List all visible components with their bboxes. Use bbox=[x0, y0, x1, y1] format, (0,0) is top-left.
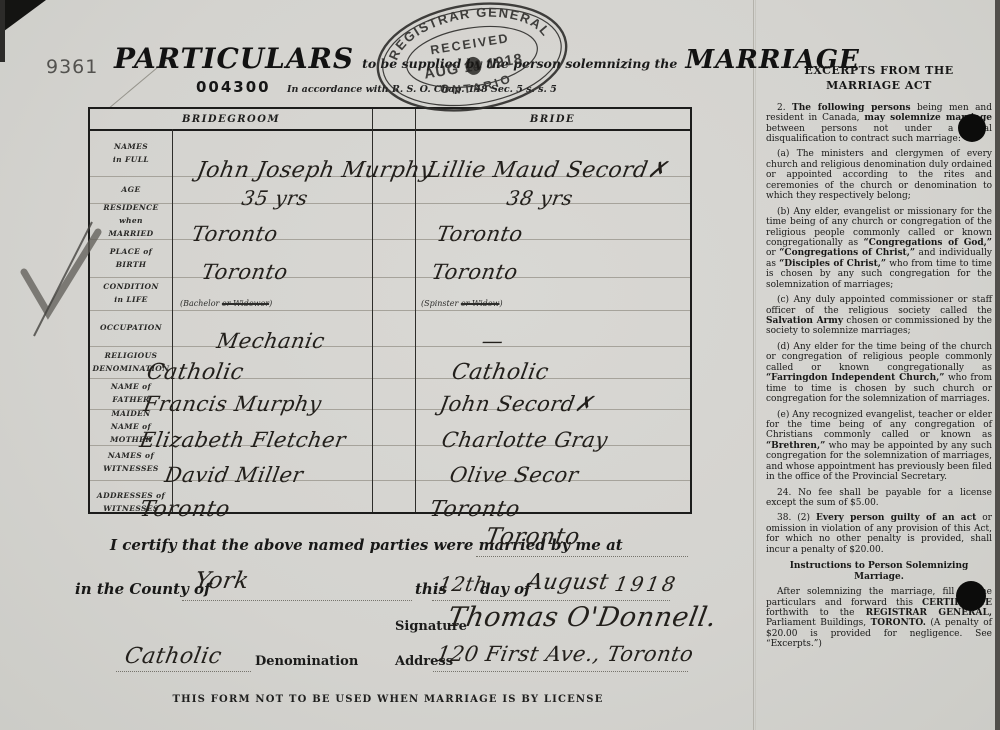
table-row-occupation: OCCUPATION Mechanic — bbox=[90, 311, 690, 347]
signature-value: Thomas O'Donnell. bbox=[445, 602, 719, 633]
month-value: August bbox=[525, 570, 611, 595]
bridegroom-occupation-value: Mechanic bbox=[215, 329, 327, 353]
bride-witness-value: Olive Secor bbox=[448, 463, 581, 487]
table-row-denomination: RELIGIOUS DENOMINATION Catholic Catholic bbox=[90, 347, 690, 379]
excerpt-paragraph: 24. No fee shall be payable for a licens… bbox=[766, 488, 992, 509]
dotted-rule bbox=[116, 670, 251, 672]
serial-number: 9361 bbox=[46, 56, 98, 78]
bride-birthplace-value: Toronto bbox=[430, 260, 520, 284]
hole-punch bbox=[956, 581, 986, 611]
excerpts-body: 2. The following persons being men and r… bbox=[766, 103, 992, 650]
excerpt-paragraph: (d) Any elder for the time being of the … bbox=[766, 342, 992, 405]
denomination-value: Catholic bbox=[123, 644, 224, 669]
married-at-value: Toronto bbox=[484, 524, 582, 550]
table-row-birthplace: PLACE of BIRTH Toronto Toronto bbox=[90, 240, 690, 278]
excerpt-paragraph: (a) The ministers and clergymen of every… bbox=[766, 149, 992, 201]
row-label: NAMES in FULL bbox=[90, 131, 172, 176]
table-row-residence: RESIDENCE when MARRIED Toronto Toronto bbox=[90, 204, 690, 240]
bridegroom-witness-value: David Miller bbox=[163, 463, 305, 487]
title-particulars: PARTICULARS bbox=[114, 42, 354, 75]
county-label: in the County of bbox=[75, 580, 211, 598]
bride-age-value: 38 yrs bbox=[505, 186, 575, 210]
bridegroom-header: BRIDEGROOM bbox=[90, 109, 372, 129]
bride-witness-address-value: Toronto bbox=[428, 497, 522, 522]
bridegroom-residence-value: Toronto bbox=[190, 222, 280, 246]
denomination-label: Denomination bbox=[255, 654, 358, 669]
denomination-address-line: Catholic Denomination Address 120 First … bbox=[88, 642, 688, 678]
bridegroom-father-value: Francis Murphy bbox=[142, 392, 324, 416]
bridegroom-witness-address-value: Toronto bbox=[138, 497, 232, 522]
address-value: 120 First Ave., Toronto bbox=[435, 642, 696, 666]
bachelor-widower-hint: (Bachelor or Widower) bbox=[180, 299, 272, 308]
hole-punch bbox=[958, 114, 986, 142]
signature-line: Signature Thomas O'Donnell. bbox=[88, 600, 688, 642]
fold-line-highlight bbox=[755, 0, 756, 730]
page-edge-right bbox=[995, 0, 1000, 730]
page-corner-shadow bbox=[0, 0, 46, 34]
footer-notice: THIS FORM NOT TO BE USED WHEN MARRIAGE I… bbox=[88, 694, 688, 705]
excerpt-paragraph: Instructions to Person Solemnizing Marri… bbox=[766, 561, 992, 582]
excerpt-paragraph: 38. (2) Every person guilty of an act or… bbox=[766, 513, 992, 555]
bride-occupation-value: — bbox=[480, 329, 506, 353]
excerpt-paragraph: (b) Any elder, evangelist or missionary … bbox=[766, 207, 992, 291]
bride-father-value: John Secord✗ bbox=[438, 392, 595, 416]
table-row-condition: CONDITION in LIFE (Bachelor or Widower) … bbox=[90, 278, 690, 311]
spinster-widow-hint: (Spinster or Widow) bbox=[421, 299, 503, 308]
excerpts-column: EXCERPTS FROM THE MARRIAGE ACT 2. The fo… bbox=[766, 64, 992, 655]
fold-line bbox=[753, 0, 754, 730]
year-value: 1918 bbox=[613, 572, 680, 596]
bride-denomination-value: Catholic bbox=[450, 360, 551, 385]
label-column-rule bbox=[172, 129, 173, 512]
dotted-rule bbox=[476, 555, 688, 557]
excerpts-heading: EXCERPTS FROM THE MARRIAGE ACT bbox=[766, 64, 992, 94]
county-value: York bbox=[193, 568, 252, 594]
bridegroom-name-value: John Joseph Murphy bbox=[195, 158, 435, 183]
bridegroom-mother-value: Elizabeth Fletcher bbox=[138, 428, 348, 452]
table-row-witness-addresses: ADDRESSES of WITNESSES Toronto Toronto bbox=[90, 481, 690, 524]
row-label: AGE bbox=[90, 177, 172, 203]
bridegroom-denomination-value: Catholic bbox=[145, 360, 246, 385]
marriage-certificate-scan: 9361 PARTICULARS to be supplied by the p… bbox=[0, 0, 1000, 730]
pencil-check-mark bbox=[6, 210, 106, 340]
bride-name-value: Lillie Maud Secord✗ bbox=[425, 158, 669, 183]
excerpt-paragraph: (e) Any recognized evangelist, teacher o… bbox=[766, 410, 992, 483]
bride-residence-value: Toronto bbox=[435, 222, 525, 246]
day-of-label: day of bbox=[480, 580, 531, 598]
dotted-rule bbox=[433, 670, 688, 672]
form-number: 004300 bbox=[196, 78, 271, 96]
excerpt-paragraph: (c) Any duly appointed commissioner or s… bbox=[766, 295, 992, 337]
bride-mother-value: Charlotte Gray bbox=[440, 428, 610, 452]
bridegroom-age-value: 35 yrs bbox=[240, 186, 310, 210]
certify-line: I certify that the above named parties w… bbox=[88, 530, 688, 560]
bridegroom-birthplace-value: Toronto bbox=[200, 260, 290, 284]
particulars-table: BRIDEGROOM BRIDE NAMES in FULL John Jose… bbox=[88, 107, 692, 514]
table-row-names: NAMES in FULL John Joseph Murphy Lillie … bbox=[90, 131, 690, 177]
page-edge-left bbox=[0, 0, 5, 62]
